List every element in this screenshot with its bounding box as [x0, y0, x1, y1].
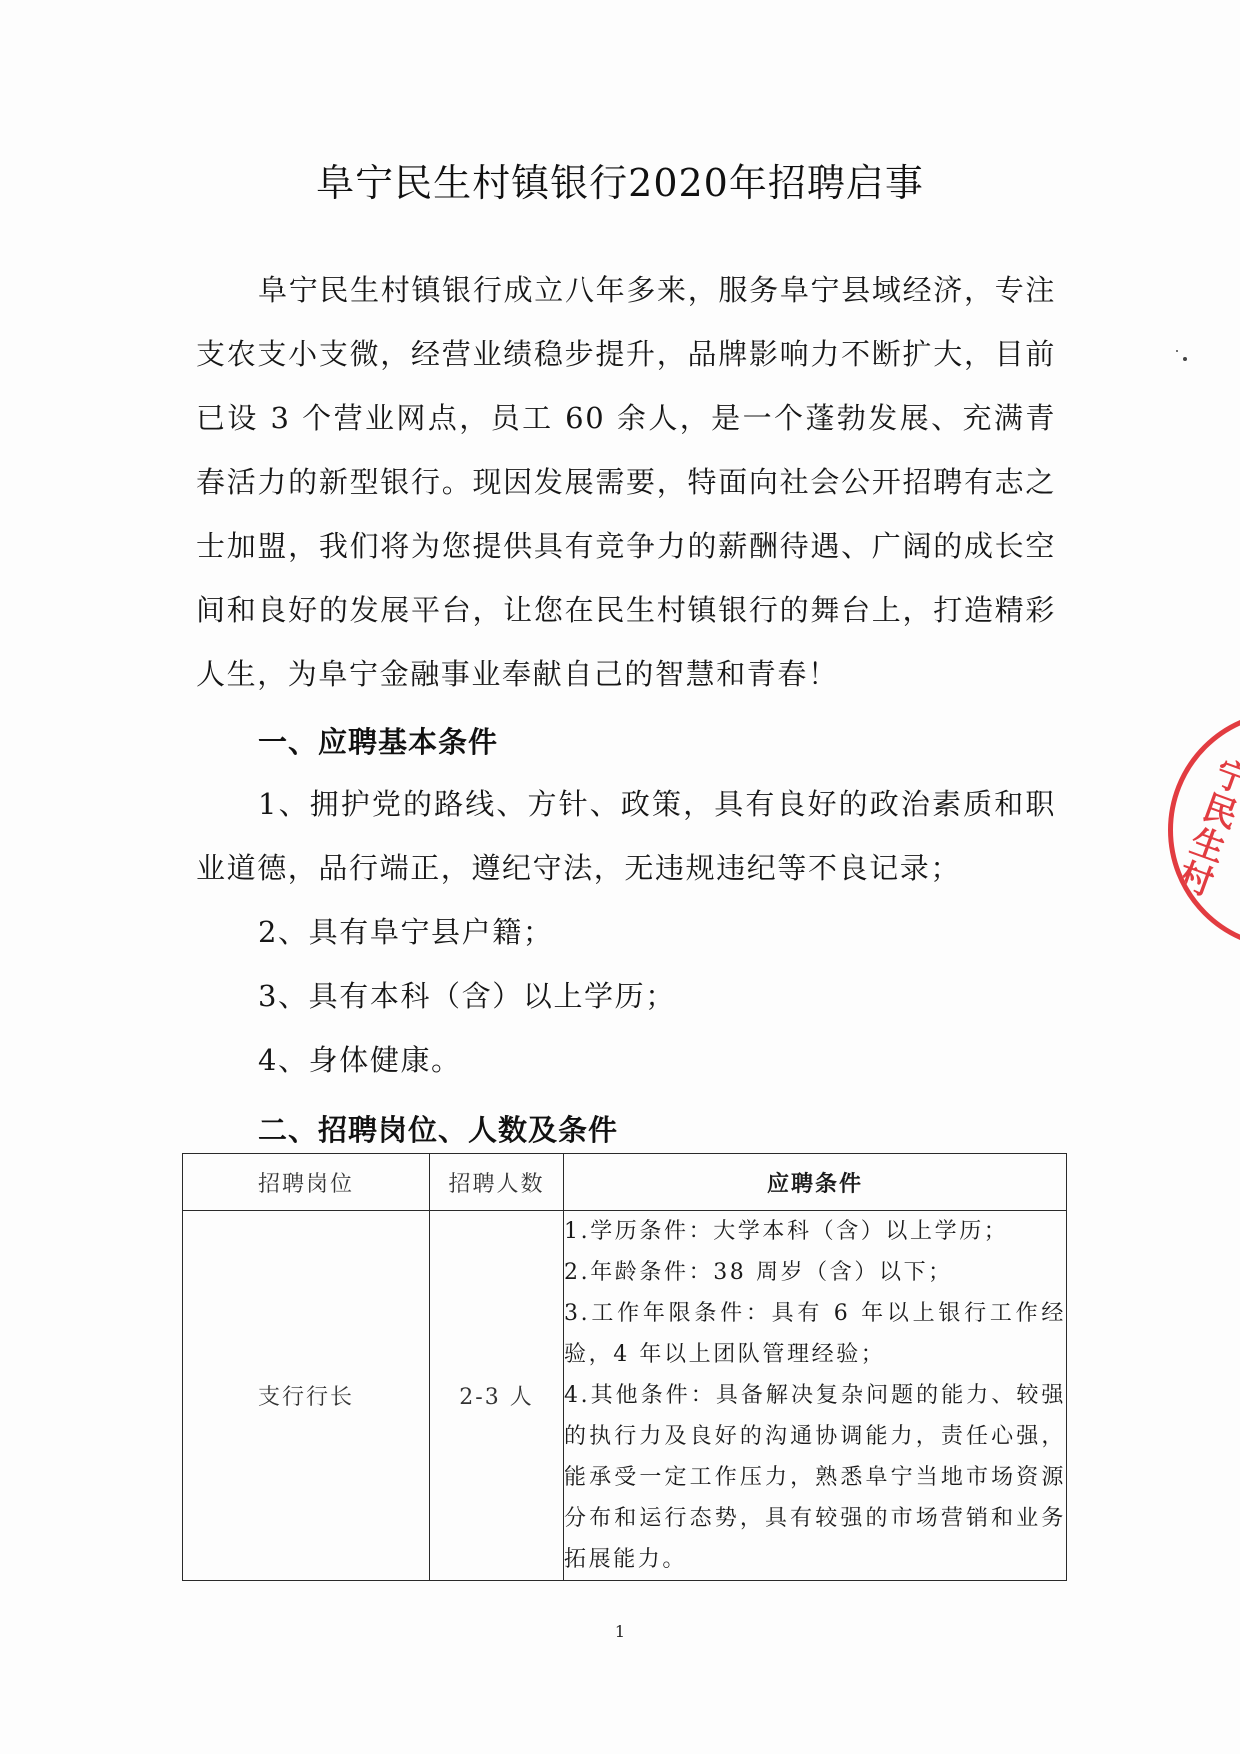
stamp-text: 宁民生村	[1168, 751, 1240, 903]
table-row: 支行行长 2-3 人 1.学历条件：大学本科（含）以上学历； 2.年龄条件：38…	[183, 1211, 1067, 1581]
table-header-row: 招聘岗位 招聘人数 应聘条件	[183, 1154, 1067, 1211]
intro-paragraph: 阜宁民生村镇银行成立八年多来，服务阜宁县域经济，专注支农支小支微，经营业绩稳步提…	[196, 258, 1056, 706]
document-page: 阜宁民生村镇银行2020年招聘启事 阜宁民生村镇银行成立八年多来，服务阜宁县域经…	[0, 0, 1240, 1754]
header-conditions: 应聘条件	[564, 1154, 1067, 1211]
basic-requirements-list: 1、拥护党的路线、方针、政策，具有良好的政治素质和职业道德，品行端正，遵纪守法，…	[196, 772, 1056, 1092]
cell-conditions: 1.学历条件：大学本科（含）以上学历； 2.年龄条件：38 周岁（含）以下； 3…	[564, 1211, 1067, 1581]
condition-experience: 3.工作年限条件：具有 6 年以上银行工作经验，4 年以上团队管理经验；	[564, 1293, 1066, 1375]
requirement-item: 4、身体健康。	[196, 1028, 1056, 1092]
document-title: 阜宁民生村镇银行2020年招聘启事	[0, 158, 1240, 208]
official-seal-stamp: 宁民生村	[1168, 710, 1240, 950]
cell-count: 2-3 人	[430, 1211, 564, 1581]
scan-speck	[1183, 357, 1187, 361]
condition-other: 4.其他条件：具备解决复杂问题的能力、较强的执行力及良好的沟通协调能力，责任心强…	[564, 1375, 1066, 1580]
requirement-item: 2、具有阜宁县户籍；	[196, 900, 1056, 964]
section-heading-positions: 二、招聘岗位、人数及条件	[258, 1110, 618, 1150]
requirement-item: 3、具有本科（含）以上学历；	[196, 964, 1056, 1028]
positions-table: 招聘岗位 招聘人数 应聘条件 支行行长 2-3 人 1.学历条件：大学本科（含）…	[182, 1153, 1067, 1581]
cell-position: 支行行长	[183, 1211, 430, 1581]
header-count: 招聘人数	[430, 1154, 564, 1211]
header-position: 招聘岗位	[183, 1154, 430, 1211]
condition-age: 2.年龄条件：38 周岁（含）以下；	[564, 1252, 1066, 1293]
requirement-item: 1、拥护党的路线、方针、政策，具有良好的政治素质和职业道德，品行端正，遵纪守法，…	[196, 772, 1056, 900]
condition-education: 1.学历条件：大学本科（含）以上学历；	[564, 1211, 1066, 1252]
section-heading-basic-requirements: 一、应聘基本条件	[258, 722, 498, 762]
page-number: 1	[0, 1622, 1240, 1641]
scan-speck	[1176, 350, 1178, 352]
